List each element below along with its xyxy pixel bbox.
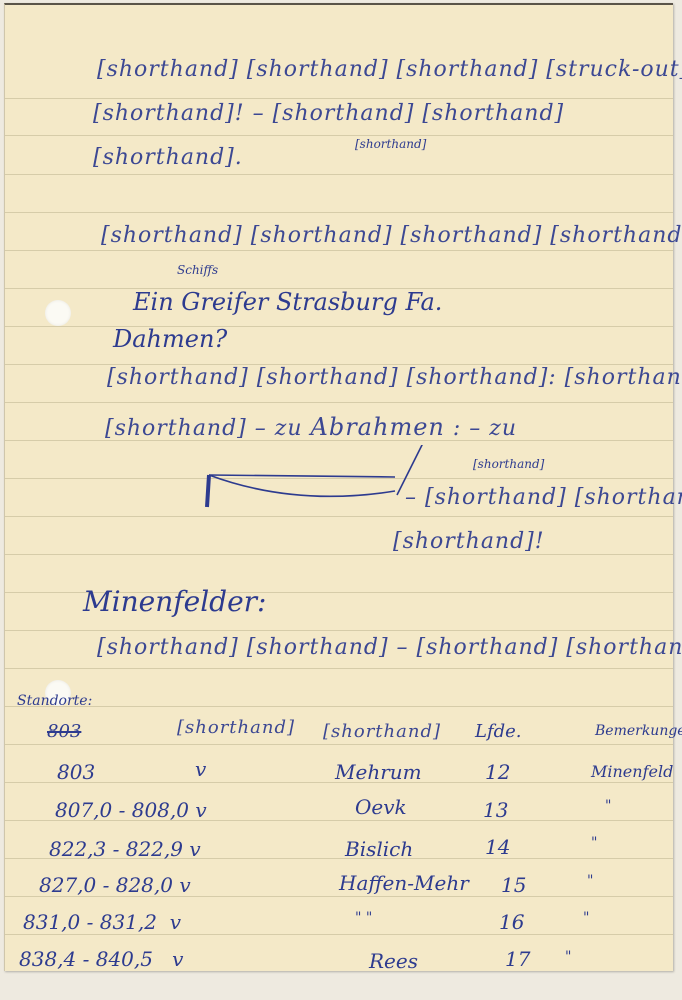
table-header-km: 803 (47, 721, 81, 742)
table-row-5-nr: 16 (499, 910, 524, 934)
rule-line (5, 98, 673, 99)
minefields-subline: [shorthand] [shorthand] – [shorthand] [s… (97, 635, 682, 660)
note-line-2: [shorthand]! – [shorthand] [shorthand] (93, 101, 564, 126)
table-header-lfde: Lfde. (475, 721, 522, 742)
note-line-9: – [shorthand] [shorthand], (405, 485, 682, 510)
rule-line (5, 630, 673, 631)
table-row-6-km: 838,4 - 840,5 v (19, 947, 183, 971)
table-row-6-name: Rees (369, 949, 418, 973)
table-row-4-name: Haffen-Mehr (339, 871, 469, 895)
rule-line (5, 554, 673, 555)
table-row-6-nr: 17 (505, 947, 530, 971)
rule-line (5, 250, 673, 251)
table-row-3-note: " (591, 835, 597, 851)
table-row-6-note: " (565, 949, 571, 965)
table-row-1-name: Mehrum (335, 760, 422, 784)
note-line-2-annotation: [shorthand] (355, 137, 426, 151)
table-row-5-km: 831,0 - 831,2 v (23, 910, 181, 934)
note-line-1: [shorthand] [shorthand] [shorthand] [str… (97, 57, 682, 82)
rule-line (5, 934, 673, 935)
rule-line (5, 326, 673, 327)
note-line-4: [shorthand] [shorthand] [shorthand] [sho… (101, 223, 682, 248)
note-line-5: Ein Greifer Strasburg Fa. (133, 288, 442, 316)
rule-line (5, 212, 673, 213)
note-line-9-annotation: [shorthand] (473, 457, 544, 471)
rule-line (5, 744, 673, 745)
table-row-4-note: " (587, 873, 593, 889)
table-header-remarks: Bemerkungen (595, 723, 682, 739)
table-row-1-nr: 12 (485, 760, 510, 784)
rule-line (5, 668, 673, 669)
table-row-1-note: Minenfeld (591, 762, 673, 781)
table-row-5-name: " " (355, 910, 372, 926)
note-line-8-suffix: : – zu (453, 416, 517, 441)
rule-line (5, 402, 673, 403)
note-line-8-word: Abrahmen (311, 413, 445, 441)
table-row-1-km: 803 (57, 760, 95, 784)
note-line-8: [shorthand] – zu Abrahmen : – zu (105, 413, 517, 441)
table-row-2-nr: 13 (483, 798, 508, 822)
rule-line (5, 135, 673, 136)
table-label: Standorte: (17, 693, 92, 709)
minefields-heading: Minenfelder: (83, 585, 266, 618)
table-row-2-km: 807,0 - 808,0 v (55, 798, 207, 822)
paper-sheet: [shorthand] [shorthand] [shorthand] [str… (4, 3, 673, 971)
note-line-3: [shorthand]. (93, 145, 243, 170)
note-line-7: [shorthand] [shorthand] [shorthand]: [sh… (107, 365, 682, 390)
punch-hole (45, 300, 71, 326)
rule-line (5, 706, 673, 707)
table-row-3-name: Bislich (345, 837, 413, 861)
table-row-2-note: " (605, 798, 611, 814)
table-row-1-mark: v (195, 757, 206, 781)
table-row-4-km: 827,0 - 828,0 v (39, 873, 191, 897)
table-header-3: [shorthand] (323, 721, 441, 742)
note-line-6: Dahmen? (113, 325, 227, 353)
table-row-2-name: Oevk (355, 795, 407, 819)
table-row-5-note: " (583, 910, 589, 926)
rule-line (5, 174, 673, 175)
table-header-2: [shorthand] (177, 717, 295, 738)
arrow-icon (195, 445, 435, 525)
note-line-8-prefix: [shorthand] – zu (105, 416, 303, 441)
note-line-5-annotation: Schiffs (177, 263, 218, 277)
table-row-4-nr: 15 (501, 873, 526, 897)
table-row-3-km: 822,3 - 822,9 v (49, 837, 201, 861)
note-line-10: [shorthand]! (393, 529, 545, 554)
table-row-3-nr: 14 (485, 835, 510, 859)
